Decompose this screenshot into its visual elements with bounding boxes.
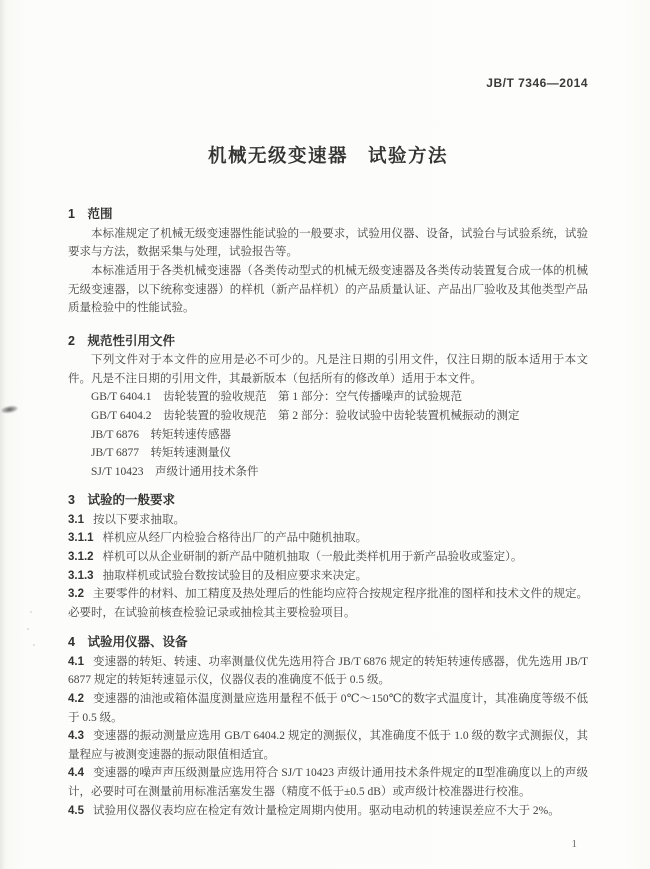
- clause-number: 4.4: [68, 767, 93, 779]
- scan-speck: [30, 611, 32, 613]
- clause-number: 4.1: [68, 656, 93, 668]
- clause: 3.1.1样机应从经厂内检验合格待出厂的产品中随机抽取。: [68, 529, 588, 548]
- reference-item: JB/T 6876 转矩转速传感器: [68, 426, 588, 445]
- clause: 4.1变速器的转矩、转速、功率测量仪优先选用符合 JB/T 6876 规定的转矩…: [68, 653, 588, 690]
- clause-text: 变速器的振动测量应选用 GB/T 6404.2 规定的测振仪，其准确度不低于 1…: [68, 730, 588, 761]
- section-heading-general-requirements: 3 试验的一般要求: [68, 490, 588, 510]
- reference-item: GB/T 6404.1 齿轮装置的验收规范 第 1 部分：空气传播噪声的试验规范: [68, 388, 588, 407]
- section-heading-normative-references: 2 规范性引用文件: [68, 331, 588, 351]
- document-title: 机械无级变速器 试验方法: [68, 141, 588, 171]
- clause-text: 变速器的油池或箱体温度测量应选用量程不低于 0℃～150℃的数字式温度计，其准确…: [68, 693, 588, 724]
- clause: 4.3变速器的振动测量应选用 GB/T 6404.2 规定的测振仪，其准确度不低…: [68, 727, 588, 764]
- clause-number: 3.1.2: [68, 551, 103, 563]
- clause: 4.2变速器的油池或箱体温度测量应选用量程不低于 0℃～150℃的数字式温度计，…: [68, 690, 588, 727]
- page-content: JB/T 7346—2014 机械无级变速器 试验方法 1 范围 本标准规定了机…: [68, 0, 588, 820]
- clause-number: 3.2: [68, 588, 93, 600]
- clause-text: 按以下要求抽取。: [93, 514, 185, 526]
- clause-text: 变速器的噪声声压级测量应选用符合 SJ/T 10423 声级计通用技术条件规定的…: [68, 767, 588, 798]
- clause-text: 变速器的转矩、转速、功率测量仪优先选用符合 JB/T 6876 规定的转矩转速传…: [68, 656, 588, 687]
- clause-text: 样机应从经厂内检验合格待出厂的产品中随机抽取。: [103, 532, 368, 544]
- clause-text: 试验用仪器仪表均应在检定有效计量检定周期内使用。驱动电动机的转速误差应不大于 2…: [93, 805, 560, 817]
- document-page: JB/T 7346—2014 机械无级变速器 试验方法 1 范围 本标准规定了机…: [0, 0, 650, 869]
- clause-text: 主要零件的材料、加工精度及热处理后的性能均应符合按规定程序批准的图样和技术文件的…: [68, 588, 588, 619]
- scan-speck: [27, 628, 29, 630]
- paragraph: 下列文件对于本文件的应用是必不可少的。凡是注日期的引用文件，仅注日期的版本适用于…: [68, 351, 588, 388]
- clause: 4.5试验用仪器仪表均应在检定有效计量检定周期内使用。驱动电动机的转速误差应不大…: [68, 802, 588, 821]
- paragraph: 本标准适用于各类机械变速器（各类传动型式的机械无级变速器及各类传动装置复合成一体…: [68, 262, 588, 318]
- clause-number: 4.5: [68, 805, 93, 817]
- clause-text: 样机可以从企业研制的新产品中随机抽取（一般此类样机用于新产品验收或鉴定）。: [103, 551, 523, 563]
- clause-number: 3.1.3: [68, 570, 103, 582]
- clause-number: 4.2: [68, 693, 93, 705]
- section-heading-instruments-equipment: 4 试验用仪器、设备: [68, 632, 588, 652]
- clause-number: 4.3: [68, 730, 93, 742]
- scan-smudge: [1, 405, 19, 415]
- section-heading-scope: 1 范围: [68, 204, 588, 224]
- scan-edge-shade: [0, 0, 6, 869]
- clause: 3.1按以下要求抽取。: [68, 511, 588, 530]
- clause-number: 3.1.1: [68, 532, 103, 544]
- clause: 3.1.2样机可以从企业研制的新产品中随机抽取（一般此类样机用于新产品验收或鉴定…: [68, 548, 588, 567]
- clause: 3.2主要零件的材料、加工精度及热处理后的性能均应符合按规定程序批准的图样和技术…: [68, 585, 588, 622]
- standard-number: JB/T 7346—2014: [68, 74, 588, 93]
- reference-item: SJ/T 10423 声级计通用技术条件: [68, 463, 588, 482]
- paragraph: 本标准规定了机械无级变速器性能试验的一般要求，试验用仪器、设备，试验台与试验系统…: [68, 225, 588, 262]
- reference-item: JB/T 6877 转矩转速测量仪: [68, 444, 588, 463]
- scan-speck: [33, 644, 35, 646]
- clause: 4.4变速器的噪声声压级测量应选用符合 SJ/T 10423 声级计通用技术条件…: [68, 764, 588, 801]
- clause: 3.1.3抽取样机或试验台数按试验目的及相应要求来决定。: [68, 567, 588, 586]
- clause-number: 3.1: [68, 514, 93, 526]
- clause-text: 抽取样机或试验台数按试验目的及相应要求来决定。: [103, 570, 368, 582]
- reference-item: GB/T 6404.2 齿轮装置的验收规范 第 2 部分：验收试验中齿轮装置机械…: [68, 407, 588, 426]
- page-number: 1: [572, 838, 578, 850]
